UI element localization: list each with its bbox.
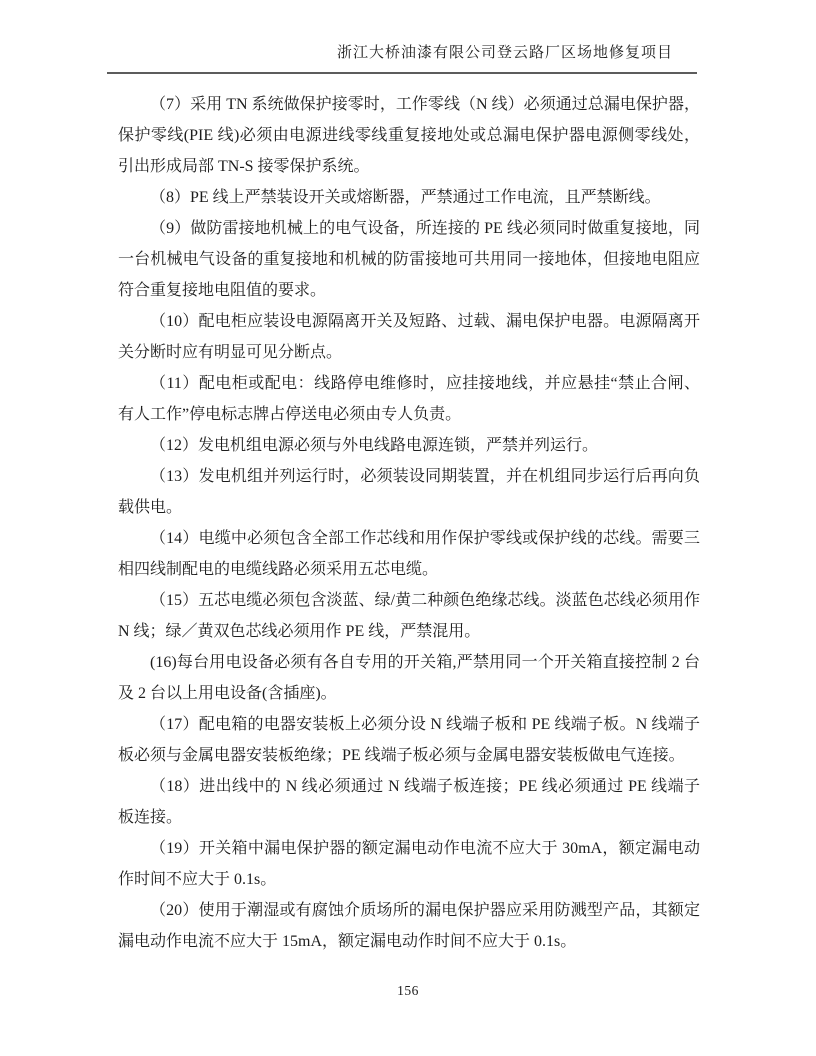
page-footer: 156 [0,982,816,1000]
document-body: （7）采用 TN 系统做保护接零时，工作零线（N 线）必须通过总漏电保护器，保护… [0,74,816,957]
paragraph-19: （19）开关箱中漏电保护器的额定漏电动作电流不应大于 30mA，额定漏电动作时间… [118,833,700,895]
paragraph-14: （14）电缆中必须包含全部工作芯线和用作保护零线或保护线的芯线。需要三相四线制配… [118,523,700,585]
header-title: 浙江大桥油漆有限公司登云路厂区场地修复项目 [107,44,697,63]
document-page: 浙江大桥油漆有限公司登云路厂区场地修复项目 （7）采用 TN 系统做保护接零时，… [0,0,816,1056]
paragraph-10: （10）配电柜应装设电源隔离开关及短路、过载、漏电保护电器。电源隔离开关分断时应… [118,306,700,368]
paragraph-15: （15）五芯电缆必须包含淡蓝、绿/黄二种颜色绝缘芯线。淡蓝色芯线必须用作 N 线… [118,585,700,647]
paragraph-12: （12）发电机组电源必须与外电线路电源连锁，严禁并列运行。 [118,430,700,461]
paragraph-8: （8）PE 线上严禁装设开关或熔断器，严禁通过工作电流，且严禁断线。 [118,182,700,213]
paragraph-11: （11）配电柜或配电：线路停电维修时，应挂接地线，并应悬挂“禁止合闸、有人工作”… [118,368,700,430]
paragraph-9: （9）做防雷接地机械上的电气设备，所连接的 PE 线必须同时做重复接地，同一台机… [118,213,700,306]
page-number: 156 [397,983,419,998]
paragraph-7: （7）采用 TN 系统做保护接零时，工作零线（N 线）必须通过总漏电保护器，保护… [118,89,700,182]
paragraph-18: （18）进出线中的 N 线必须通过 N 线端子板连接；PE 线必须通过 PE 线… [118,771,700,833]
paragraph-13: （13）发电机组并列运行时，必须装设同期装置，并在机组同步运行后再向负载供电。 [118,461,700,523]
paragraph-16: (16)每台用电设备必须有各自专用的开关箱,严禁用同一个开关箱直接控制 2 台及… [118,647,700,709]
paragraph-17: （17）配电箱的电器安装板上必须分设 N 线端子板和 PE 线端子板。N 线端子… [118,709,700,771]
page-header: 浙江大桥油漆有限公司登云路厂区场地修复项目 [0,0,816,74]
paragraph-20: （20）使用于潮湿或有腐蚀介质场所的漏电保护器应采用防溅型产品，其额定漏电动作电… [118,895,700,957]
